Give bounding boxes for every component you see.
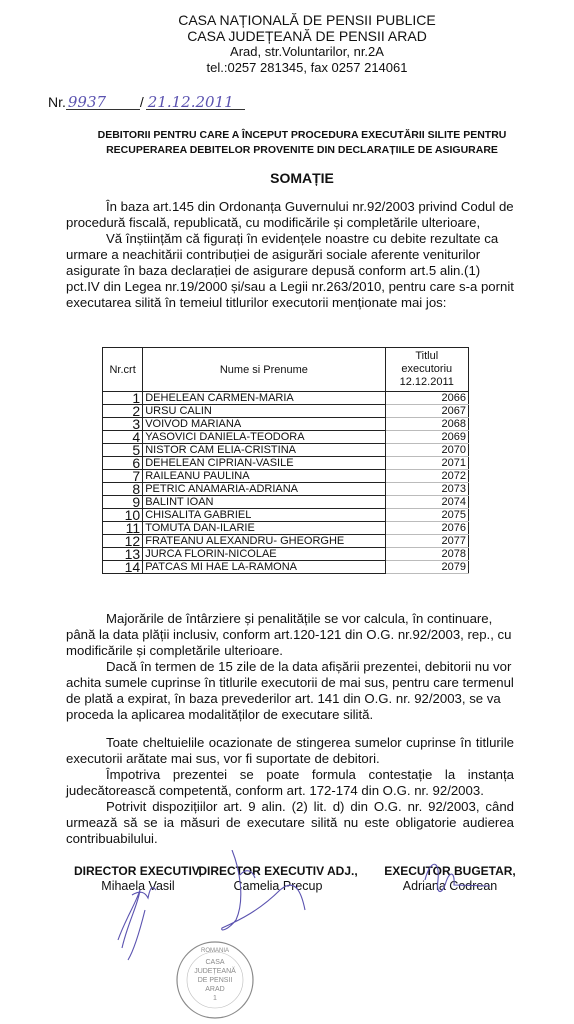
stamp-line-4: ARAD — [205, 986, 224, 993]
executory-title: 2076 — [385, 522, 468, 535]
debtor-name: RAILEANU PAULINA — [143, 470, 385, 483]
executory-title: 2066 — [385, 392, 468, 405]
table-row: 3VOIVOD MARIANA2068 — [103, 418, 469, 431]
executory-title: 2067 — [385, 405, 468, 418]
registration-number: Nr.9937/21.12.2011 — [48, 94, 245, 110]
debtor-name: BALINT IOAN — [143, 496, 385, 509]
table-row: 14PATCAS MI HAE LA-RAMONA2079 — [103, 561, 469, 574]
executory-title: 2073 — [385, 483, 468, 496]
header-title-line-1: Titlul — [415, 350, 438, 362]
debtor-name: YASOVICI DANIELA-TEODORA — [143, 431, 385, 444]
stamp-top-text: ROMANIA — [201, 948, 229, 954]
debtor-name: FRATEANU ALEXANDRU- GHEORGHE — [143, 535, 385, 548]
table-body: 1DEHELEAN CARMEN-MARIA20662URSU CALIN206… — [103, 392, 469, 574]
executory-title: 2071 — [385, 457, 468, 470]
table-row: 10CHISALITA GABRIEL2075 — [103, 509, 469, 522]
header-line-2: CASA JUDEȚEANĂ DE PENSII ARAD — [0, 28, 574, 44]
table-row: 11TOMUTA DAN-ILARIE2076 — [103, 522, 469, 535]
registration-label: Nr. — [48, 94, 66, 110]
stamp-line-5: 1 — [213, 995, 217, 1002]
executory-title: 2079 — [385, 561, 468, 574]
debtor-name: VOIVOD MARIANA — [143, 418, 385, 431]
document-title: DEBITORII PENTRU CARE A ÎNCEPUT PROCEDUR… — [0, 128, 574, 158]
body-paragraph-1: Majorările de întârziere și penalitățile… — [66, 611, 514, 659]
debtor-name: TOMUTA DAN-ILARIE — [143, 522, 385, 535]
executory-title: 2078 — [385, 548, 468, 561]
registration-date: 21.12.2011 — [146, 95, 245, 110]
executory-title: 2072 — [385, 470, 468, 483]
table-row: 9BALINT IOAN2074 — [103, 496, 469, 509]
debtor-name: PATCAS MI HAE LA-RAMONA — [143, 561, 385, 574]
table-row: 2URSU CALIN2067 — [103, 405, 469, 418]
table-row: 1DEHELEAN CARMEN-MARIA2066 — [103, 392, 469, 405]
header-title-line-3: 12.12.2011 — [400, 376, 454, 388]
handwritten-signatures — [0, 850, 574, 1024]
stamp-line-1: CASA — [205, 959, 224, 966]
stamp-line-2: JUDEȚEANĂ — [194, 966, 236, 975]
table-header-row: Nr.crt Nume si Prenume Titlul executoriu… — [103, 348, 469, 392]
debtor-name: URSU CALIN — [143, 405, 385, 418]
body-paragraph-2: Dacă în termen de 15 zile de la data afi… — [66, 659, 514, 723]
debtors-table: Nr.crt Nume si Prenume Titlul executoriu… — [102, 347, 469, 574]
institution-header: CASA NAȚIONALĂ DE PENSII PUBLICE CASA JU… — [0, 12, 574, 76]
table-row: 6DEHELEAN CIPRIAN-VASILE2071 — [103, 457, 469, 470]
stamp-line-3: DE PENSII — [198, 977, 233, 984]
header-line-1: CASA NAȚIONALĂ DE PENSII PUBLICE — [0, 12, 574, 28]
executory-title: 2077 — [385, 535, 468, 548]
header-contact: tel.:0257 281345, fax 0257 214061 — [0, 60, 574, 76]
intro-section: În baza art.145 din Ordonanța Guvernului… — [66, 199, 514, 311]
executory-title: 2069 — [385, 431, 468, 444]
debtor-name: NISTOR CAM ELIA-CRISTINA — [143, 444, 385, 457]
registration-separator: / — [140, 94, 144, 110]
intro-paragraph-2: Vă înștiințăm că figurați în evidențele … — [66, 231, 514, 311]
header-title-line-2: executoriu — [401, 363, 452, 375]
table-row: 7RAILEANU PAULINA2072 — [103, 470, 469, 483]
body-paragraph-3: Toate cheltuielile ocazionate de stinger… — [66, 735, 514, 767]
table-row: 12FRATEANU ALEXANDRU- GHEORGHE2077 — [103, 535, 469, 548]
table-row: 4YASOVICI DANIELA-TEODORA2069 — [103, 431, 469, 444]
debtor-name: PETRIC ANAMARIA-ADRIANA — [143, 483, 385, 496]
signature-scribble-icon — [118, 850, 490, 960]
official-stamp: ROMANIA CASA JUDEȚEANĂ DE PENSII ARAD 1 — [175, 940, 255, 1020]
body-paragraph-5: Potrivit dispozițiilor art. 9 alin. (2) … — [66, 799, 514, 847]
executory-title: 2070 — [385, 444, 468, 457]
executory-title: 2068 — [385, 418, 468, 431]
debtor-name: JURCA FLORIN-NICOLAE — [143, 548, 385, 561]
body-section: Majorările de întârziere și penalitățile… — [66, 611, 514, 847]
executory-title: 2075 — [385, 509, 468, 522]
header-title: Titlul executoriu 12.12.2011 — [385, 348, 468, 392]
intro-paragraph-1: În baza art.145 din Ordonanța Guvernului… — [66, 199, 514, 231]
debtor-name: DEHELEAN CIPRIAN-VASILE — [143, 457, 385, 470]
table-row: 8PETRIC ANAMARIA-ADRIANA2073 — [103, 483, 469, 496]
debtor-name: DEHELEAN CARMEN-MARIA — [143, 392, 385, 405]
executory-title: 2074 — [385, 496, 468, 509]
header-address: Arad, str.Voluntarilor, nr.2A — [0, 44, 574, 60]
registration-number-value: 9937 — [66, 95, 140, 110]
debtor-name: CHISALITA GABRIEL — [143, 509, 385, 522]
header-name: Nume si Prenume — [143, 348, 385, 392]
title-line-1: DEBITORII PENTRU CARE A ÎNCEPUT PROCEDUR… — [0, 128, 574, 143]
body-paragraph-4: Împotriva prezentei se poate formula con… — [66, 767, 514, 799]
table-row: 5NISTOR CAM ELIA-CRISTINA2070 — [103, 444, 469, 457]
title-line-2: RECUPERAREA DEBITELOR PROVENITE DIN DECL… — [0, 143, 574, 158]
header-nr: Nr.crt — [103, 348, 143, 392]
row-number: 14 — [103, 561, 143, 574]
document-heading: SOMAȚIE — [0, 170, 574, 186]
table-row: 13JURCA FLORIN-NICOLAE2078 — [103, 548, 469, 561]
